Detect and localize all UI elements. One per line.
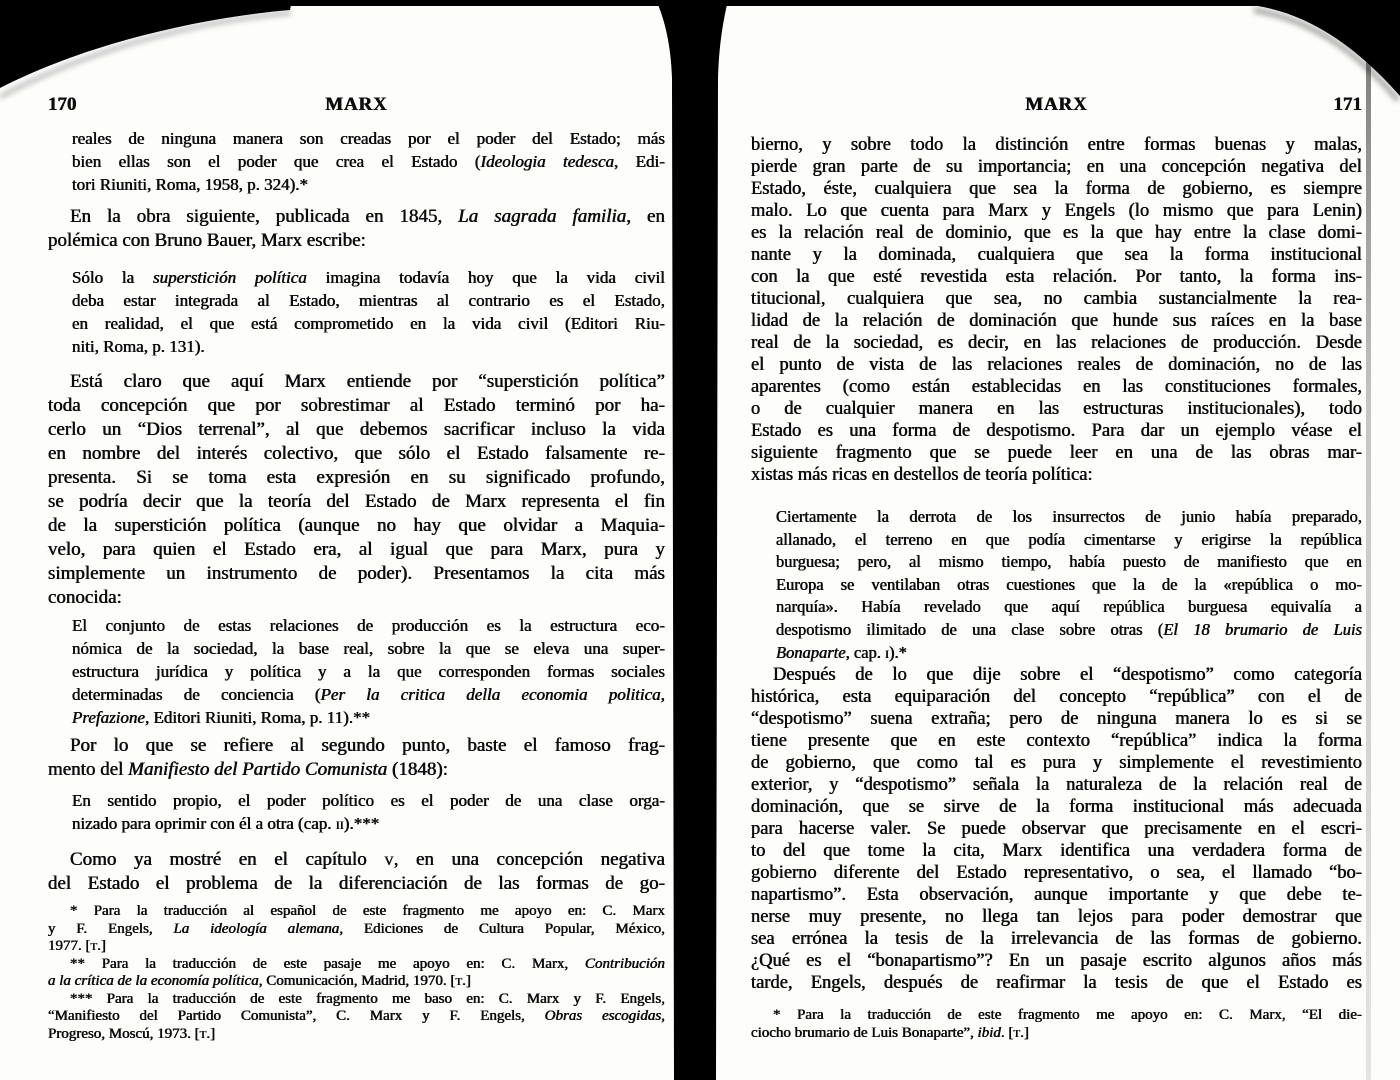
text-line: malo. Lo que cuenta para Marx y Engels (…	[751, 200, 1362, 222]
text-line: bien ellas son el poder que crea el Esta…	[72, 150, 665, 173]
text-line: Está claro que aquí Marx entiende por “s…	[48, 370, 665, 394]
paragraph: Por lo que se refiere al segundo punto, …	[48, 734, 665, 782]
text-line: xistas más ricas en destellos de teoría …	[751, 464, 1362, 486]
text-line: * Para la traducción al español de este …	[48, 903, 665, 921]
text-line: real de la sociedad, es decir, en las re…	[751, 332, 1362, 354]
footnote: * Para la traducción de este fragmento m…	[751, 1006, 1362, 1042]
text-line: tarde, Engels, después de reafirmar la t…	[751, 972, 1362, 994]
book-scan: { "left_page": { "page_number": "170", "…	[0, 0, 1400, 1080]
text-line: pierde gran parte de su importancia; en …	[751, 156, 1362, 178]
quote-block: reales de ninguna manera son creadas por…	[72, 127, 665, 196]
text-line: velo, para quien el Estado era, al igual…	[48, 538, 665, 562]
text-line: en nombre del interés colectivo, que sól…	[48, 442, 665, 466]
text-line: Estado es una forma de despotismo. Para …	[751, 420, 1362, 442]
text-line: En la obra siguiente, publicada en 1845,…	[48, 205, 665, 229]
text-line: ¿Qué es el “bonapartismo”? En un pasaje …	[751, 950, 1362, 972]
text-line: En sentido propio, el poder político es …	[72, 789, 665, 812]
paragraph: Como ya mostré en el capítulo v, en una …	[48, 848, 665, 896]
text-line: ** Para la traducción de este pasaje me …	[48, 956, 665, 974]
paragraph: En la obra siguiente, publicada en 1845,…	[48, 205, 665, 253]
text-line: Prefazione, Editori Riuniti, Roma, p. 11…	[72, 706, 665, 729]
text-line: deba estar integrada al Estado, mientras…	[72, 289, 665, 312]
text-line: estructura jurídica y política y a la qu…	[72, 660, 665, 683]
text-line: aparentes (como están establecidas en la…	[751, 376, 1362, 398]
text-line: reales de ninguna manera son creadas por…	[72, 127, 665, 150]
text-line: el punto de vista de las relaciones real…	[751, 354, 1362, 376]
text-line: dominación, que se sirve de la forma ins…	[751, 796, 1362, 818]
page-number-left: 170	[48, 94, 77, 116]
text-line: 1977. [t.]	[48, 938, 665, 956]
text-line: burguesa; pero, al mismo tiempo, había p…	[776, 551, 1362, 574]
footnotes-left: * Para la traducción al español de este …	[48, 903, 665, 1043]
text-line: narquía». Había revelado que aquí repúbl…	[776, 596, 1362, 619]
text-line: bierno, y sobre todo la distinción entre…	[751, 134, 1362, 156]
text-line: simplemente un instrumento de poder). Pr…	[48, 562, 665, 586]
text-line: Como ya mostré en el capítulo v, en una …	[48, 848, 665, 872]
text-line: es la relación real de dominio, que es l…	[751, 222, 1362, 244]
text-line: en realidad, el que está comprometido en…	[72, 312, 665, 335]
text-line: polémica con Bruno Bauer, Marx escribe:	[48, 229, 665, 253]
text-line: Estado, éste, cualquiera que sea la form…	[751, 178, 1362, 200]
text-line: para hacerse valer. Se puede observar qu…	[751, 818, 1362, 840]
text-line: de gobierno, que como tal es pura y simp…	[751, 752, 1362, 774]
text-line: Europa se ventilaban otras cuestiones qu…	[776, 574, 1362, 597]
text-line: allanado, el terreno en que podía ciment…	[776, 529, 1362, 552]
text-line: to del que tome la cita, Marx identifica…	[751, 840, 1362, 862]
text-line: tori Riuniti, Roma, 1958, p. 324).*	[72, 173, 665, 196]
footnote: ** Para la traducción de este pasaje me …	[48, 956, 665, 991]
text-line: histórica, esta equiparación del concept…	[751, 686, 1362, 708]
text-line: niti, Roma, p. 131).	[72, 335, 665, 358]
quote-block: Sólo la superstición política imagina to…	[72, 266, 665, 358]
text-line: toda concepción que por sobrestimar al E…	[48, 394, 665, 418]
footnote: *** Para la traducción de este fragmento…	[48, 991, 665, 1044]
text-line: Bonaparte, cap. i).*	[776, 642, 1362, 665]
text-line: del Estado el problema de la diferenciac…	[48, 872, 665, 896]
text-line: o de cualquier manera en las estructuras…	[751, 398, 1362, 420]
paragraph: Está claro que aquí Marx entiende por “s…	[48, 370, 665, 610]
page-header-left: 170 MARX	[48, 94, 665, 116]
text-line: tiene presente que en este contexto “rep…	[751, 730, 1362, 752]
text-line: exterior, y “despotismo” señala la natur…	[751, 774, 1362, 796]
quote-block: En sentido propio, el poder político es …	[72, 789, 665, 835]
text-line: y F. Engels, La ideología alemana, Edici…	[48, 921, 665, 939]
text-line: siguiente fragmento que se puede leer en…	[751, 442, 1362, 464]
text-line: mento del Manifiesto del Partido Comunis…	[48, 758, 665, 782]
text-line: “despotismo” suena extraña; pero de ning…	[751, 708, 1362, 730]
text-line: presenta. Si se toma esta expresión en s…	[48, 466, 665, 490]
page-number-right: 171	[1334, 94, 1363, 116]
text-line: Sólo la superstición política imagina to…	[72, 266, 665, 289]
footnotes-right: * Para la traducción de este fragmento m…	[751, 1006, 1362, 1042]
text-line: Ciertamente la derrota de los insurrecto…	[776, 506, 1362, 529]
text-line: ciocho brumario de Luis Bonaparte”, ibid…	[751, 1024, 1362, 1042]
text-line: Por lo que se refiere al segundo punto, …	[48, 734, 665, 758]
text-line: nizado para oprimir con él a otra (cap. …	[72, 812, 665, 835]
footnote: * Para la traducción al español de este …	[48, 903, 665, 956]
quote-block: Ciertamente la derrota de los insurrecto…	[776, 506, 1362, 664]
text-line: determinadas de conciencia (Per la criti…	[72, 683, 665, 706]
text-line: *** Para la traducción de este fragmento…	[48, 991, 665, 1009]
text-line: napartismo”. Esta observación, aunque im…	[751, 884, 1362, 906]
text-line: * Para la traducción de este fragmento m…	[751, 1006, 1362, 1024]
text-line: titucional, cualquiera que sea, no cambi…	[751, 288, 1362, 310]
paragraph: bierno, y sobre todo la distinción entre…	[751, 134, 1362, 486]
running-head-left: MARX	[48, 94, 665, 116]
quote-block: El conjunto de estas relaciones de produ…	[72, 614, 665, 729]
text-line: nerse muy presente, no llega tan lejos p…	[751, 906, 1362, 928]
text-line: cerlo un “Dios terrenal”, al que debemos…	[48, 418, 665, 442]
text-line: Después de lo que dije sobre el “despoti…	[751, 664, 1362, 686]
text-line: con la que esté revestida esta relación.…	[751, 266, 1362, 288]
text-line: conocida:	[48, 586, 665, 610]
text-line: a la crítica de la economía política, Co…	[48, 973, 665, 991]
running-head-right: MARX	[751, 94, 1362, 116]
text-line: despotismo ilimitado de una clase sobre …	[776, 619, 1362, 642]
text-line: nómica de la sociedad, la base real, sob…	[72, 637, 665, 660]
text-line: de la superstición política (aunque no h…	[48, 514, 665, 538]
text-line: Progreso, Moscú, 1973. [t.]	[48, 1026, 665, 1044]
paragraph: Después de lo que dije sobre el “despoti…	[751, 664, 1362, 994]
book-spread: 170 MARX reales de ninguna manera son cr…	[0, 0, 1400, 1080]
text-line: se podría decir que la teoría del Estado…	[48, 490, 665, 514]
text-line: sea errónea la tesis de la irrelevancia …	[751, 928, 1362, 950]
text-line: gobierno diferente del Estado representa…	[751, 862, 1362, 884]
text-line: “Manifiesto del Partido Comunista”, C. M…	[48, 1008, 665, 1026]
page-header-right: MARX 171	[751, 94, 1362, 116]
text-line: El conjunto de estas relaciones de produ…	[72, 614, 665, 637]
text-line: lidad de la relación de dominación que h…	[751, 310, 1362, 332]
text-line: nante y la dominada, cualquiera que sea …	[751, 244, 1362, 266]
